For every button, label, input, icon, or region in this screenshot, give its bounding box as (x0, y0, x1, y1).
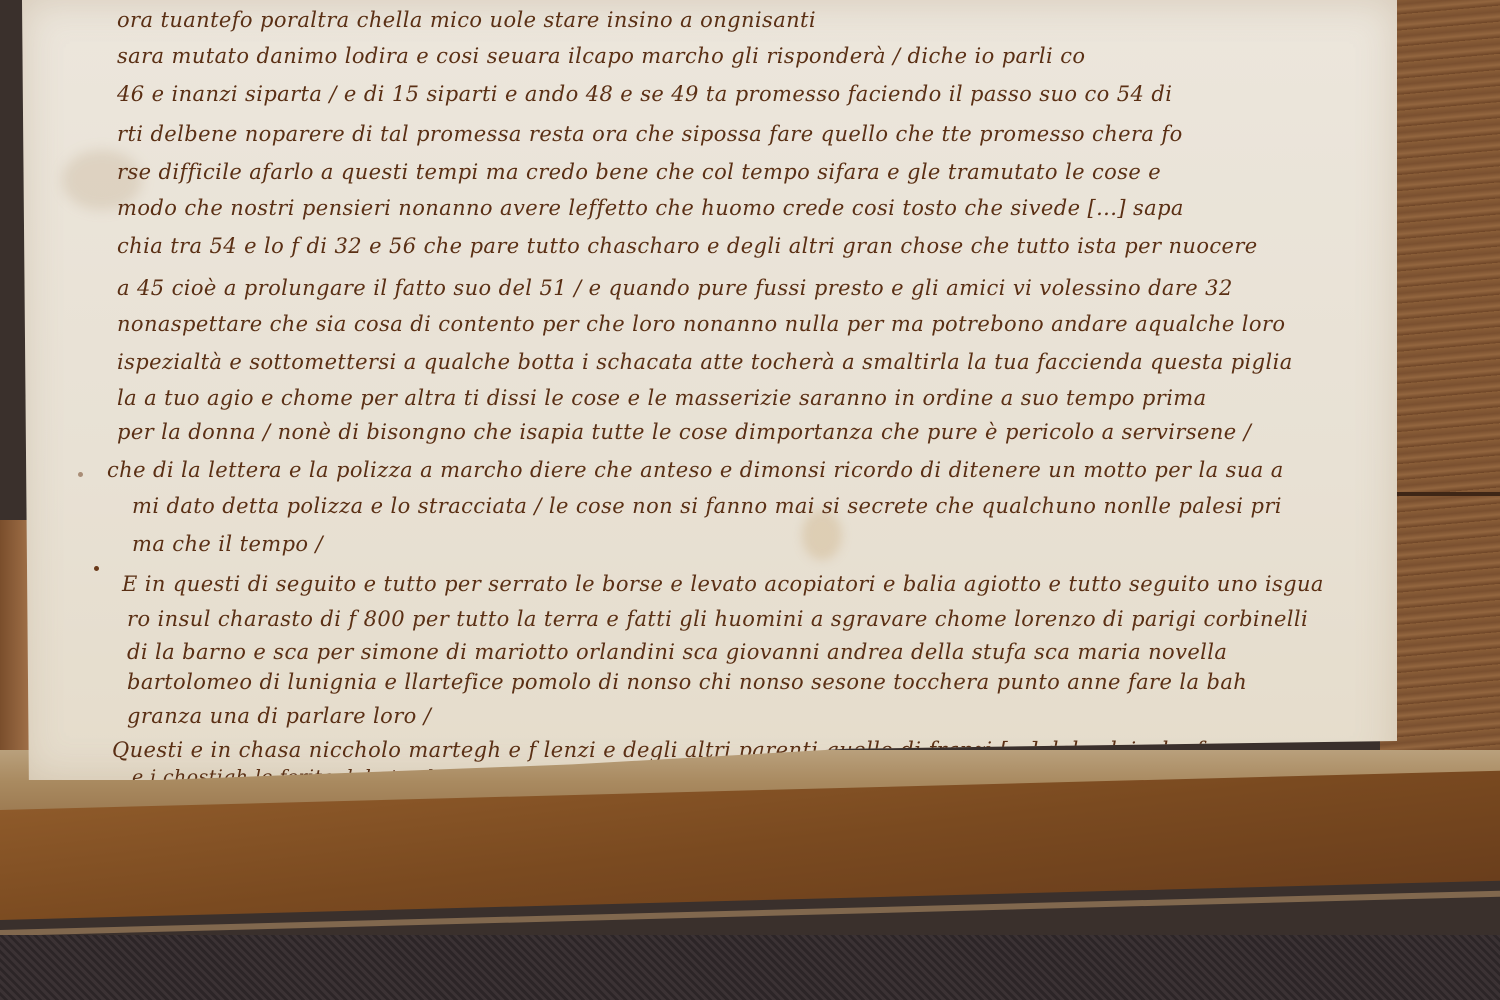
manuscript-line: di la barno e sca per simone di mariotto… (127, 640, 1227, 664)
manuscript-line: a 45 cioè a prolungare il fatto suo del … (117, 276, 1233, 300)
manuscript-parchment: ora tuantefo poraltra chella mico uole s… (22, 0, 1397, 780)
manuscript-line: ora tuantefo poraltra chella mico uole s… (117, 8, 816, 32)
manuscript-line: E in questi di seguito e tutto per serra… (122, 572, 1324, 596)
manuscript-line: modo che nostri pensieri nonanno avere l… (117, 196, 1184, 220)
manuscript-text: ora tuantefo poraltra chella mico uole s… (22, 0, 1397, 780)
wood-seam (1390, 492, 1500, 496)
manuscript-line: granza una di parlare loro / (127, 704, 431, 728)
manuscript-line: mi dato detta polizza e lo stracciata / … (132, 494, 1282, 518)
manuscript-line: ispezialtà e sottomettersi a qualche bot… (117, 350, 1293, 374)
manuscript-line: la a tuo agio e chome per altra ti dissi… (117, 386, 1207, 410)
manuscript-line: che di la lettera e la polizza a marcho … (107, 458, 1284, 482)
manuscript-line: rti delbene noparere di tal promessa res… (117, 122, 1183, 146)
manuscript-line: nonaspettare che sia cosa di contento pe… (117, 312, 1285, 336)
manuscript-line: bartolomeo di lunignia e llartefice pomo… (127, 670, 1247, 694)
manuscript-line: rse difficile afarlo a questi tempi ma c… (117, 160, 1161, 184)
fabric-background (0, 935, 1500, 1000)
manuscript-line: ro insul charasto di f 800 per tutto la … (127, 607, 1308, 631)
manuscript-line: per la donna / nonè di bisongno che isap… (117, 420, 1251, 444)
manuscript-line: 46 e inanzi siparta / e di 15 siparti e … (117, 82, 1172, 106)
wooden-backdrop (1380, 0, 1500, 760)
margin-mark (78, 472, 83, 477)
manuscript-line: chia tra 54 e lo f di 32 e 56 che pare t… (117, 234, 1258, 258)
manuscript-line: sara mutato danimo lodira e cosi seuara … (117, 44, 1085, 68)
manuscript-line: ma che il tempo / (132, 532, 323, 556)
margin-mark (94, 566, 99, 571)
